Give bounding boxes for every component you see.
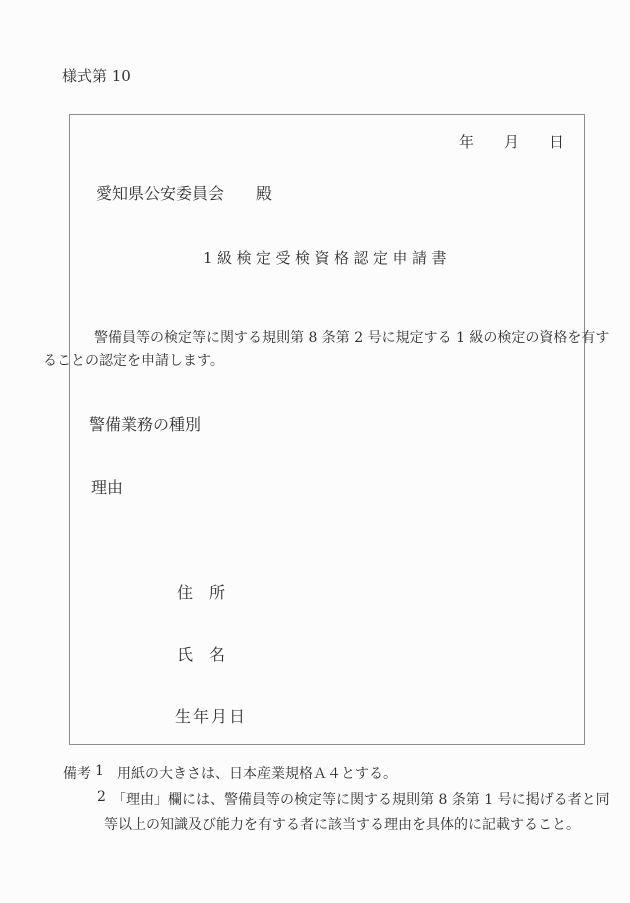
form-title: 1級検定受検資格認定申請書 xyxy=(203,247,451,268)
field-label-name: 氏 名 xyxy=(177,642,225,665)
addressee-line: 愛知県公安委員会 殿 xyxy=(96,181,272,204)
date-line: 年 月 日 xyxy=(459,131,564,152)
field-label-security-business-type: 警備業務の種別 xyxy=(89,412,201,435)
body-text-line-1: 警備員等の検定等に関する規則第 8 条第 2 号に規定する 1 級の検定の資格を… xyxy=(94,327,609,347)
body-text-line-2: ることの認定を申請します。 xyxy=(43,350,224,370)
application-form-box: 年 月 日 愛知県公安委員会 殿 1級検定受検資格認定申請書 警備員等の検定等に… xyxy=(69,114,585,745)
document-page: 様式第 10 年 月 日 愛知県公安委員会 殿 1級検定受検資格認定申請書 警備… xyxy=(0,0,630,903)
field-label-birthdate: 生年月日 xyxy=(175,704,247,727)
remark-2-number: 2 xyxy=(97,789,106,805)
month-label: 月 xyxy=(504,131,519,152)
remark-2-line-1: 「理由」欄には、警備員等の検定等に関する規則第 8 条第 1 号に掲げる者と同 xyxy=(112,789,610,809)
remarks-heading: 備考 xyxy=(63,763,91,783)
year-label: 年 xyxy=(459,131,474,152)
honorific: 殿 xyxy=(256,181,272,204)
day-label: 日 xyxy=(549,131,564,152)
remark-1-number: 1 xyxy=(95,763,104,779)
remark-2-line-2: 等以上の知識及び能力を有する者に該当する理由を具体的に記載すること。 xyxy=(104,814,580,834)
addressee: 愛知県公安委員会 xyxy=(96,181,224,204)
field-label-address: 住 所 xyxy=(177,580,225,603)
form-number: 様式第 10 xyxy=(62,65,131,86)
remark-1-text: 用紙の大きさは、日本産業規格Ａ４とする。 xyxy=(117,763,397,783)
field-label-reason: 理由 xyxy=(91,475,123,498)
